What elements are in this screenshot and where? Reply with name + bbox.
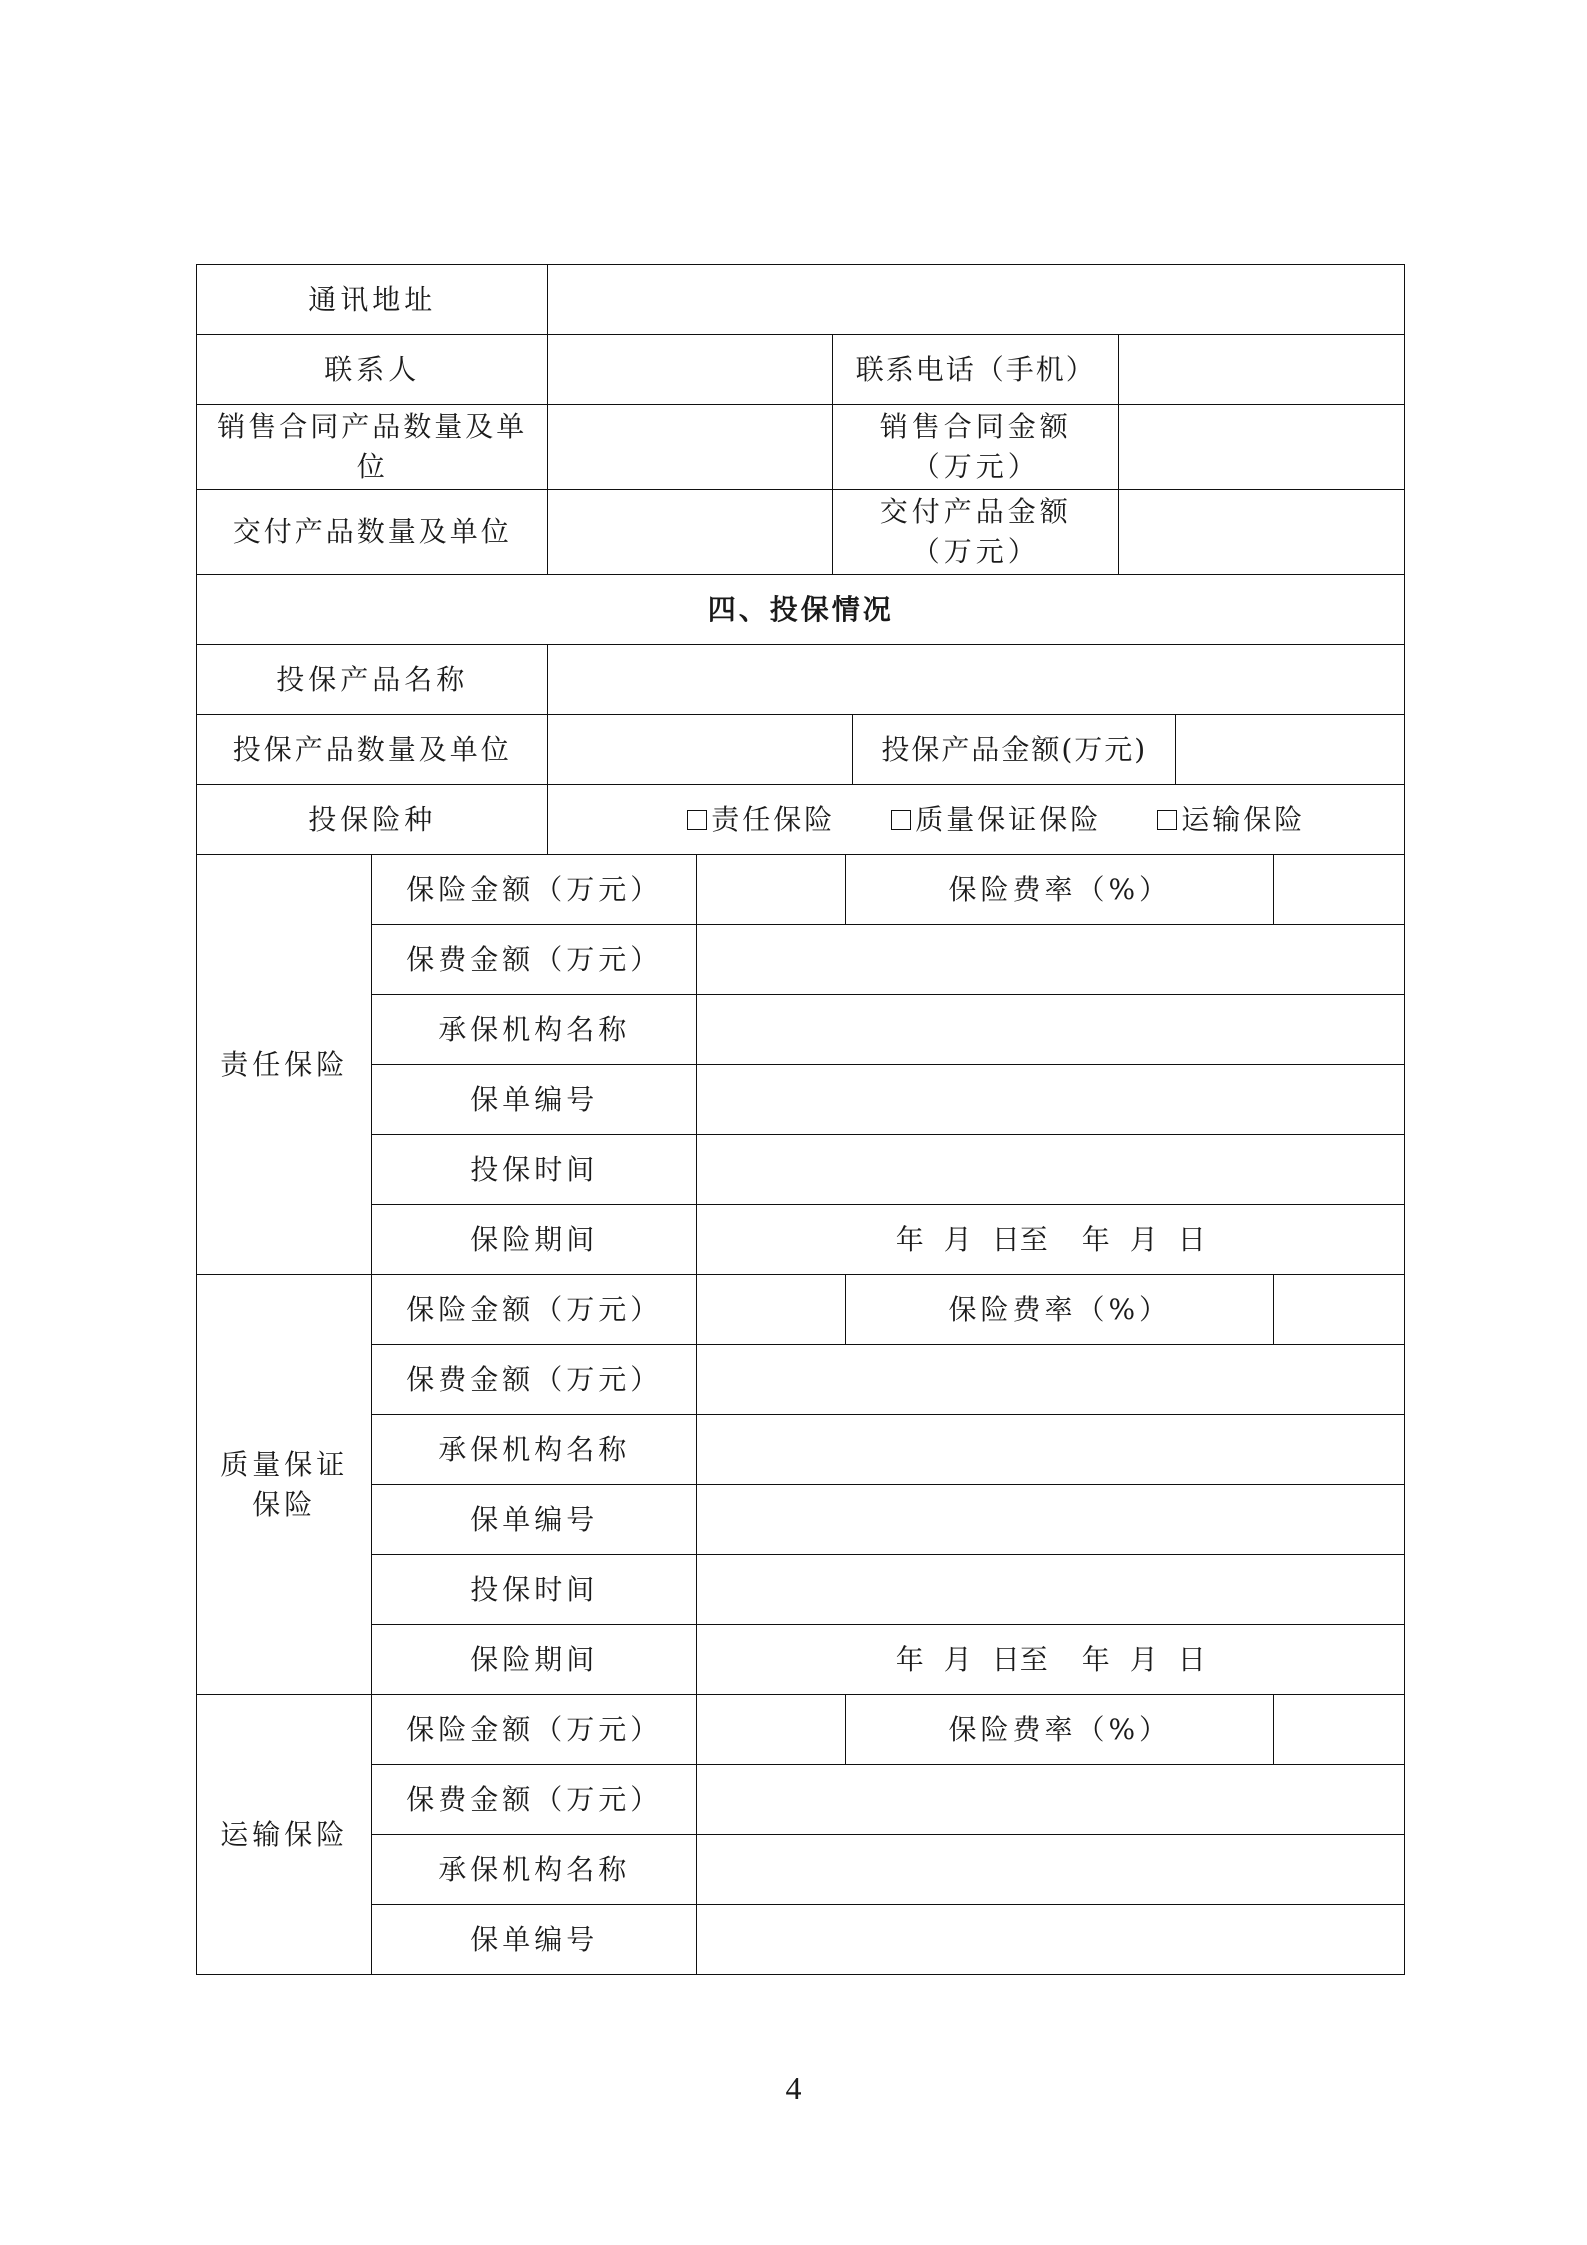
label-text: 承保机构名称: [438, 1010, 630, 1050]
delivery-amount-label-line1: 交付产品金额: [880, 492, 1072, 532]
quality-title-line2: 保险: [252, 1485, 316, 1525]
sales-amount-label-line2: （万元）: [912, 447, 1040, 487]
transport-title-text: 运输保险: [220, 1815, 348, 1855]
day-to-text: 日至: [992, 1220, 1048, 1260]
phone-label: 联系电话（手机）: [832, 334, 1119, 405]
label-text: 保单编号: [470, 1920, 598, 1960]
label-text: 投保时间: [470, 1570, 598, 1610]
quality-period-field[interactable]: 年月日至年月日: [696, 1624, 1405, 1695]
delivery-qty-label: 交付产品数量及单位: [196, 489, 548, 575]
section-heading-text: 四、投保情况: [708, 590, 894, 630]
delivery-qty-field[interactable]: [547, 489, 833, 575]
label-text: 保险金额（万元）: [406, 1290, 662, 1330]
transport-premium-field[interactable]: [696, 1764, 1405, 1835]
label-text: 承保机构名称: [438, 1850, 630, 1890]
delivery-amount-field[interactable]: [1118, 489, 1405, 575]
year-text: 年: [896, 1640, 924, 1680]
label-text: 保单编号: [470, 1080, 598, 1120]
quality-policy-no-label: 保单编号: [371, 1484, 697, 1555]
option-transport[interactable]: 运输保险: [1157, 800, 1305, 840]
liability-title-text: 责任保险: [220, 1045, 348, 1085]
liability-insured-amount-label: 保险金额（万元）: [371, 854, 697, 925]
sales-amount-label-line1: 销售合同金额: [880, 407, 1072, 447]
product-amount-label-text: 投保产品金额(万元): [881, 730, 1147, 770]
quality-title-line1: 质量保证: [220, 1445, 348, 1485]
section-heading: 四、投保情况: [196, 574, 1405, 645]
day-text: 日: [1178, 1220, 1206, 1260]
checkbox-icon[interactable]: [687, 810, 707, 830]
label-text: 保险期间: [470, 1640, 598, 1680]
day-text: 日: [1178, 1640, 1206, 1680]
transport-insured-amount-field[interactable]: [696, 1694, 846, 1765]
label-text: 保险期间: [470, 1220, 598, 1260]
address-label: 通讯地址: [196, 264, 548, 335]
option-transport-label: 运输保险: [1181, 800, 1305, 840]
sales-amount-label: 销售合同金额 （万元）: [832, 404, 1119, 490]
transport-insured-amount-label: 保险金额（万元）: [371, 1694, 697, 1765]
sales-qty-field[interactable]: [547, 404, 833, 490]
option-liability[interactable]: 责任保险: [687, 800, 835, 840]
quality-insurer-label: 承保机构名称: [371, 1414, 697, 1485]
year-text: 年: [896, 1220, 924, 1260]
delivery-qty-label-text: 交付产品数量及单位: [233, 512, 512, 552]
label-text: 保单编号: [470, 1500, 598, 1540]
liability-premium-label: 保费金额（万元）: [371, 924, 697, 995]
product-qty-label-text: 投保产品数量及单位: [233, 730, 512, 770]
liability-premium-field[interactable]: [696, 924, 1405, 995]
address-field[interactable]: [547, 264, 1405, 335]
option-quality-label: 质量保证保险: [915, 800, 1101, 840]
month-text: 月: [944, 1220, 972, 1260]
liability-period-label: 保险期间: [371, 1204, 697, 1275]
quality-period-label: 保险期间: [371, 1624, 697, 1695]
quality-premium-label: 保费金额（万元）: [371, 1344, 697, 1415]
quality-rate-label: 保险费率（%）: [845, 1274, 1274, 1345]
option-quality[interactable]: 质量保证保险: [891, 800, 1101, 840]
year-text: 年: [1082, 1220, 1110, 1260]
liability-policy-no-label: 保单编号: [371, 1064, 697, 1135]
day-to-text: 日至: [992, 1640, 1048, 1680]
insurance-types-options: 责任保险 质量保证保险 运输保险: [547, 784, 1405, 855]
contact-person-field[interactable]: [547, 334, 833, 405]
liability-insure-time-field[interactable]: [696, 1134, 1405, 1205]
insurance-types-label: 投保险种: [196, 784, 548, 855]
quality-insure-time-label: 投保时间: [371, 1554, 697, 1625]
transport-insurer-label: 承保机构名称: [371, 1834, 697, 1905]
quality-insured-amount-field[interactable]: [696, 1274, 846, 1345]
product-name-label-text: 投保产品名称: [276, 660, 468, 700]
transport-block-title: 运输保险: [196, 1694, 372, 1975]
month-text: 月: [1130, 1640, 1158, 1680]
liability-insurer-label: 承保机构名称: [371, 994, 697, 1065]
transport-rate-label: 保险费率（%）: [845, 1694, 1274, 1765]
checkbox-icon[interactable]: [1157, 810, 1177, 830]
sales-amount-field[interactable]: [1118, 404, 1405, 490]
liability-rate-label: 保险费率（%）: [845, 854, 1274, 925]
product-name-label: 投保产品名称: [196, 644, 548, 715]
label-text: 保险费率（%）: [948, 1290, 1171, 1330]
delivery-amount-label-line2: （万元）: [912, 532, 1040, 572]
liability-rate-field[interactable]: [1273, 854, 1405, 925]
quality-premium-field[interactable]: [696, 1344, 1405, 1415]
label-text: 保费金额（万元）: [406, 940, 662, 980]
option-liability-label: 责任保险: [711, 800, 835, 840]
label-text: 投保时间: [470, 1150, 598, 1190]
year-text: 年: [1082, 1640, 1110, 1680]
quality-policy-no-field[interactable]: [696, 1484, 1405, 1555]
liability-insurer-field[interactable]: [696, 994, 1405, 1065]
insurance-types-label-text: 投保险种: [308, 800, 436, 840]
product-qty-field[interactable]: [547, 714, 853, 785]
transport-policy-no-label: 保单编号: [371, 1904, 697, 1975]
liability-insure-time-label: 投保时间: [371, 1134, 697, 1205]
product-amount-field[interactable]: [1175, 714, 1405, 785]
address-label-text: 通讯地址: [308, 280, 436, 320]
page-number: 4: [0, 2070, 1587, 2107]
transport-insurer-field[interactable]: [696, 1834, 1405, 1905]
liability-insured-amount-field[interactable]: [696, 854, 846, 925]
label-text: 保险金额（万元）: [406, 1710, 662, 1750]
label-text: 保费金额（万元）: [406, 1780, 662, 1820]
transport-rate-field[interactable]: [1273, 1694, 1405, 1765]
quality-insurer-field[interactable]: [696, 1414, 1405, 1485]
sales-qty-label: 销售合同产品数量及单 位: [196, 404, 548, 490]
transport-premium-label: 保费金额（万元）: [371, 1764, 697, 1835]
month-text: 月: [944, 1640, 972, 1680]
quality-rate-field[interactable]: [1273, 1274, 1405, 1345]
quality-insure-time-field[interactable]: [696, 1554, 1405, 1625]
sales-qty-label-line1: 销售合同产品数量及单: [217, 407, 527, 447]
liability-period-field[interactable]: 年月日至年月日: [696, 1204, 1405, 1275]
liability-policy-no-field[interactable]: [696, 1064, 1405, 1135]
phone-label-text: 联系电话（手机）: [856, 350, 1096, 390]
contact-person-label-text: 联系人: [324, 350, 420, 390]
transport-policy-no-field[interactable]: [696, 1904, 1405, 1975]
label-text: 承保机构名称: [438, 1430, 630, 1470]
checkbox-icon[interactable]: [891, 810, 911, 830]
label-text: 保险费率（%）: [948, 870, 1171, 910]
delivery-amount-label: 交付产品金额 （万元）: [832, 489, 1119, 575]
quality-block-title: 质量保证 保险: [196, 1274, 372, 1695]
label-text: 保险金额（万元）: [406, 870, 662, 910]
month-text: 月: [1130, 1220, 1158, 1260]
phone-field[interactable]: [1118, 334, 1405, 405]
label-text: 保费金额（万元）: [406, 1360, 662, 1400]
product-name-field[interactable]: [547, 644, 1405, 715]
product-qty-label: 投保产品数量及单位: [196, 714, 548, 785]
label-text: 保险费率（%）: [948, 1710, 1171, 1750]
contact-person-label: 联系人: [196, 334, 548, 405]
sales-qty-label-line2: 位: [357, 447, 388, 487]
product-amount-label: 投保产品金额(万元): [852, 714, 1176, 785]
liability-block-title: 责任保险: [196, 854, 372, 1275]
quality-insured-amount-label: 保险金额（万元）: [371, 1274, 697, 1345]
